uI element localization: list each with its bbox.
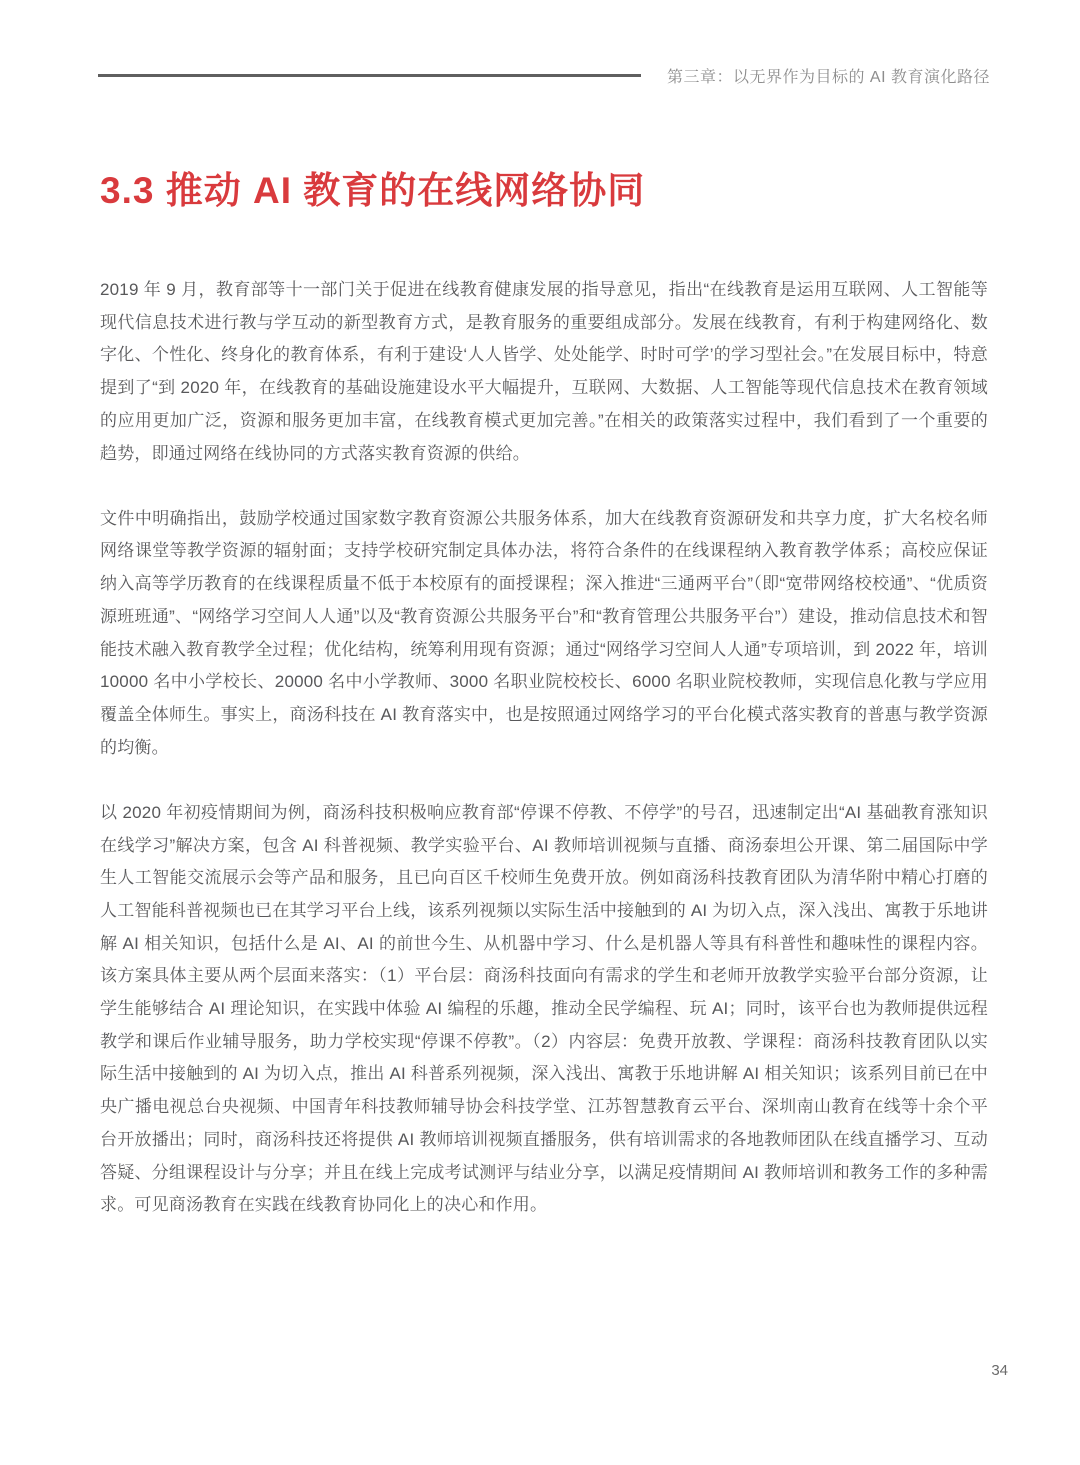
document-page: 第三章：以无界作为目标的 AI 教育演化路径 3.3 推动 AI 教育的在线网络… [0, 0, 1080, 1465]
paragraph-3: 以 2020 年初疫情期间为例，商汤科技积极响应教育部“停课不停教、不停学”的号… [100, 797, 988, 1222]
page-header: 第三章：以无界作为目标的 AI 教育演化路径 [98, 64, 990, 87]
paragraph-1: 2019 年 9 月，教育部等十一部门关于促进在线教育健康发展的指导意见，指出“… [100, 274, 988, 470]
body-text: 2019 年 9 月，教育部等十一部门关于促进在线教育健康发展的指导意见，指出“… [100, 274, 988, 1222]
page-number: 34 [991, 1362, 1008, 1379]
paragraph-2: 文件中明确指出，鼓励学校通过国家数字教育资源公共服务体系，加大在线教育资源研发和… [100, 503, 988, 765]
chapter-title: 第三章：以无界作为目标的 AI 教育演化路径 [667, 64, 990, 87]
header-rule-line [98, 74, 641, 77]
section-title: 3.3 推动 AI 教育的在线网络协同 [100, 160, 645, 214]
